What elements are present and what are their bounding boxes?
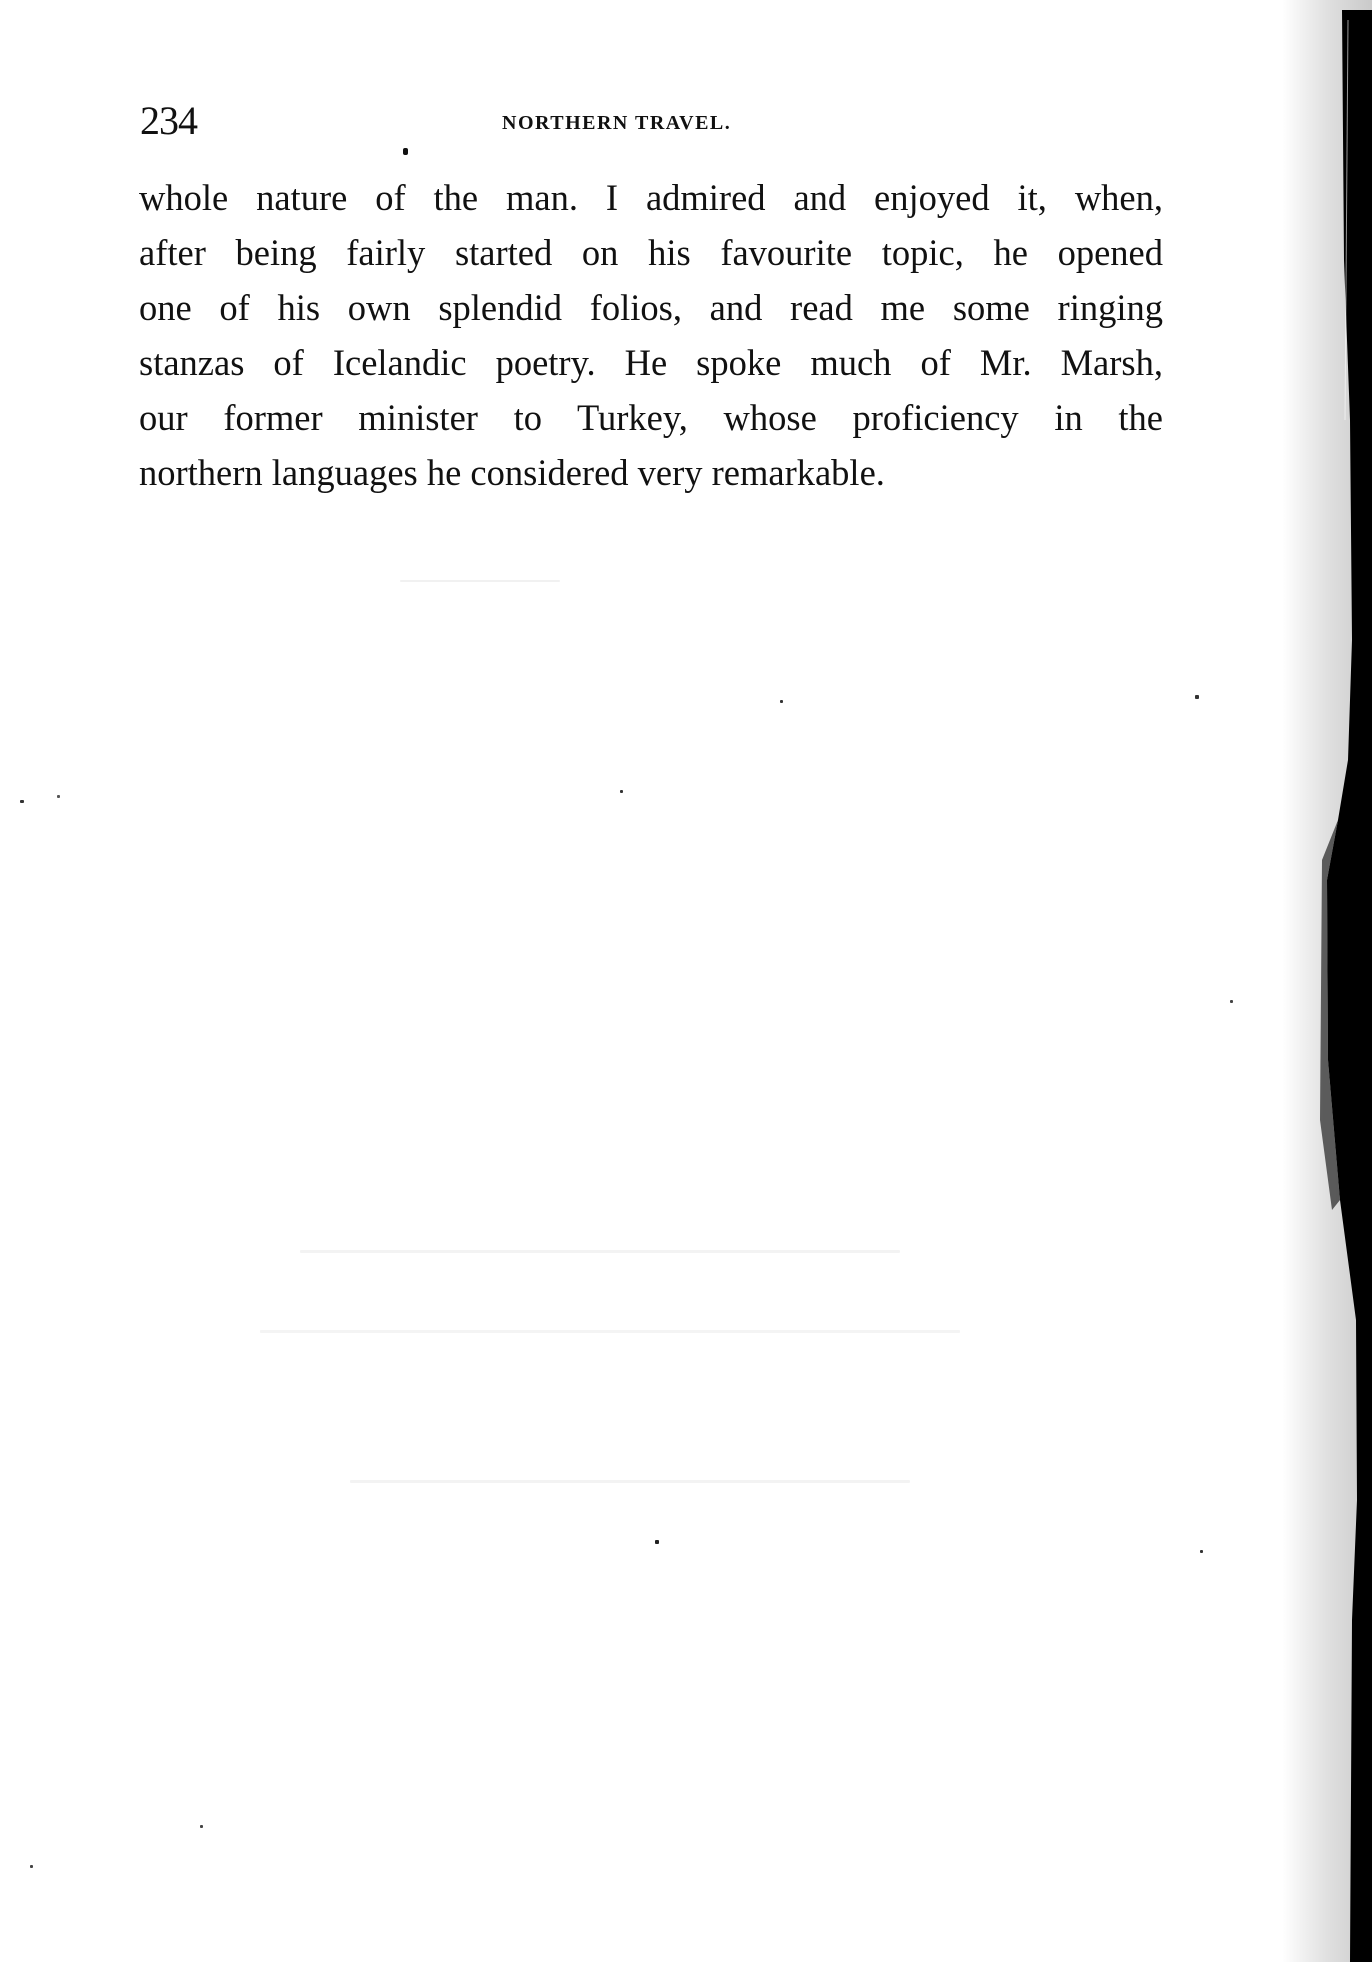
scanned-book-page: 234 NORTHERN TRAVEL. whole nature of the… [0, 0, 1372, 1962]
page-number: 234 [140, 96, 197, 146]
text-line: northern languages he considered very re… [139, 445, 1163, 500]
text-line: whole nature of the man. I admired and e… [139, 170, 1163, 225]
text-line: our former minister to Turkey, whose pro… [139, 390, 1163, 445]
running-head: 234 NORTHERN TRAVEL. [140, 96, 1190, 146]
running-title: NORTHERN TRAVEL. [502, 108, 731, 138]
ink-speck [403, 148, 408, 155]
binding-shadow [1282, 0, 1372, 1962]
text-line: after being fairly started on his favour… [139, 225, 1163, 280]
text-line: stanzas of Icelandic poetry. He spoke mu… [139, 335, 1163, 390]
text-line: one of his own splendid folios, and read… [139, 280, 1163, 335]
body-paragraph: whole nature of the man. I admired and e… [139, 170, 1163, 500]
